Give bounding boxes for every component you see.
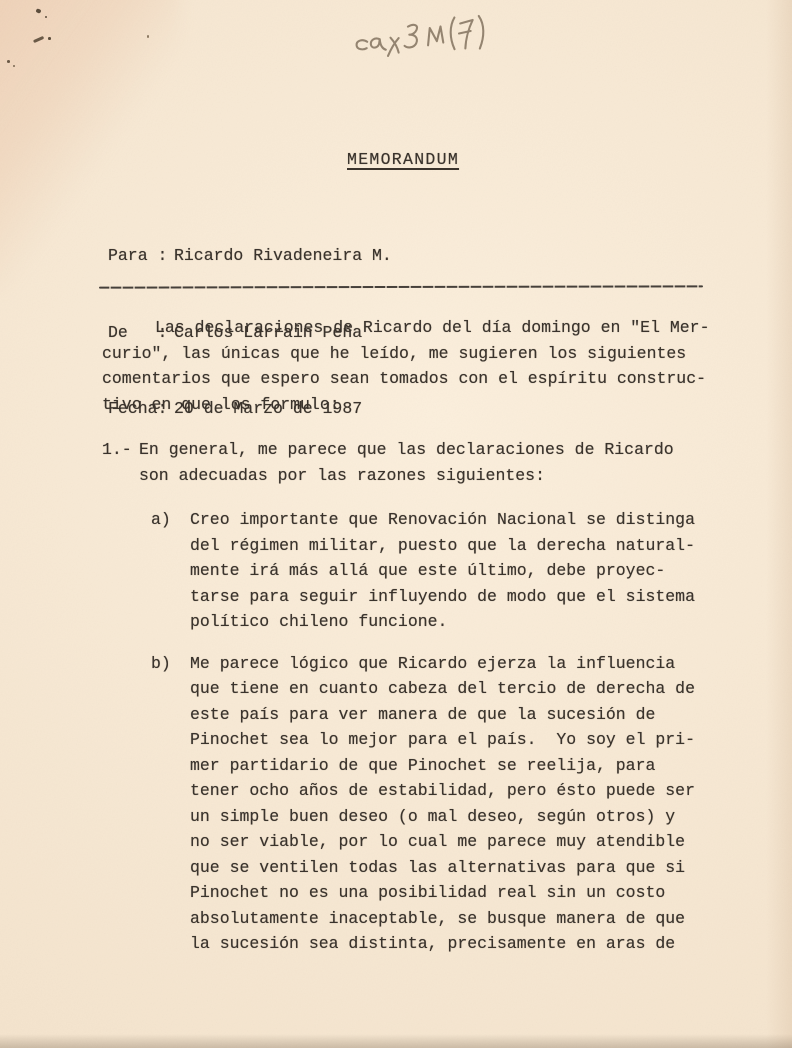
bottom-edge-shadow <box>0 1034 792 1048</box>
divider-rule <box>99 285 703 288</box>
subitem-a-marker: a) <box>151 507 190 635</box>
field-row-para: Para : Ricardo Rivadeneira M. <box>108 243 392 269</box>
item-1-marker: 1.- <box>102 437 139 488</box>
right-edge-shade <box>766 0 792 1048</box>
handwritten-annotation <box>347 6 490 66</box>
paper-speck <box>7 60 10 63</box>
field-label-para: Para : <box>108 243 174 269</box>
item-1-text: En general, me parece que las declaracio… <box>139 437 724 488</box>
memo-subitem-b: b) Me parece lógico que Ricardo ejerza l… <box>151 651 724 957</box>
staple-mark <box>35 8 41 14</box>
paper-speck <box>147 35 149 38</box>
intro-paragraph: Las declaraciones de Ricardo del día dom… <box>102 315 724 417</box>
staple-mark <box>45 16 47 18</box>
paper-speck <box>13 65 15 67</box>
memo-title: MEMORANDUM <box>347 147 459 173</box>
field-value-recipient: Ricardo Rivadeneira M. <box>174 243 392 269</box>
memo-body: Las declaraciones de Ricardo del día dom… <box>102 315 724 957</box>
subitem-a-text: Creo importante que Renovación Nacional … <box>190 507 724 635</box>
staple-mark <box>33 36 44 43</box>
staple-mark <box>48 37 51 40</box>
scanned-memo-page: MEMORANDUM Para : Ricardo Rivadeneira M.… <box>0 0 792 1048</box>
subitem-b-marker: b) <box>151 651 190 957</box>
memo-item-1: 1.- En general, me parece que las declar… <box>102 437 724 488</box>
subitem-b-text: Me parece lógico que Ricardo ejerza la i… <box>190 651 724 957</box>
handwriting-strokes <box>347 6 490 66</box>
memo-subitem-a: a) Creo importante que Renovación Nacion… <box>151 507 724 635</box>
